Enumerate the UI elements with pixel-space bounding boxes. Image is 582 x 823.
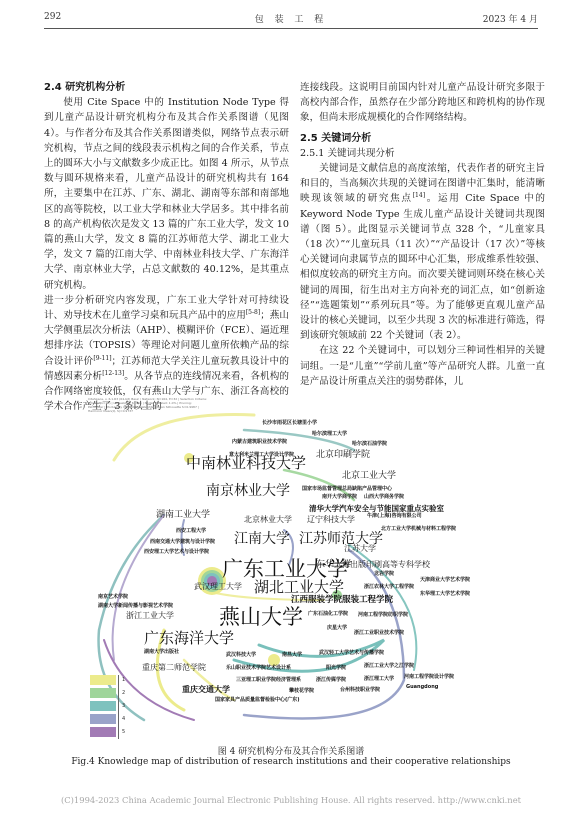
network-node[interactable]: 浙江工业职业技术学院 bbox=[354, 629, 404, 636]
network-node[interactable]: 南昌大学 bbox=[282, 651, 302, 658]
legend-label: 5 bbox=[122, 729, 125, 735]
network-node[interactable]: 浙江传媒学院 bbox=[316, 676, 346, 683]
legend-label: 3 bbox=[122, 703, 125, 709]
network-node[interactable]: 武汉理工大学 bbox=[194, 581, 242, 592]
network-node[interactable]: 北京工业大学 bbox=[342, 468, 396, 481]
network-node[interactable]: 武汉轻工大学艺术与传播学院 bbox=[319, 649, 384, 656]
figure-caption-en: Fig.4 Knowledge map of distribution of r… bbox=[0, 757, 582, 767]
figure-caption-cn: 图 4 研究机构分布及其合作关系图谱 bbox=[0, 744, 582, 757]
network-node[interactable]: 南京艺术学院 bbox=[98, 593, 128, 600]
citation[interactable]: [14] bbox=[413, 192, 425, 199]
network-node[interactable]: 辽宁科技大学 bbox=[307, 514, 355, 525]
network-node[interactable]: 北京林业大学 bbox=[244, 514, 292, 525]
network-node[interactable]: 哈尔滨理工大学 bbox=[312, 430, 347, 437]
network-node[interactable]: 南京林业大学 bbox=[206, 480, 290, 500]
header-rule bbox=[44, 28, 538, 29]
citespace-metadata: CiteSpace, v. 6.1.R3 (64-bit) Basic | Ne… bbox=[88, 397, 208, 413]
network-node[interactable]: 长沙市雨花区长塘里小学 bbox=[262, 419, 317, 426]
network-node[interactable]: 南开大学商学院 bbox=[322, 493, 357, 500]
network-node[interactable]: 西安理工大学艺术与设计学院 bbox=[144, 548, 209, 555]
paragraph: 关键词是文献信息的高度浓缩，代表作者的研究主旨和目的，当高频次共现的关键词在图谱… bbox=[300, 161, 545, 343]
network-node[interactable]: 广东石油化工学院 bbox=[308, 610, 348, 617]
network-node[interactable]: 台州科技职业学院 bbox=[340, 686, 380, 693]
section-heading-2-5: 2.5 关键词分析 bbox=[300, 131, 545, 146]
network-node[interactable]: 河南工程学院设计学院 bbox=[404, 673, 454, 680]
paragraph: 使用 Cite Space 中的 Institution Node Type 得… bbox=[44, 95, 289, 293]
network-node[interactable]: 江苏大学 bbox=[344, 543, 376, 554]
legend-swatch-5 bbox=[90, 727, 116, 737]
running-header: 292 包 装 工 程 2023 年 4 月 bbox=[44, 12, 538, 28]
section-heading-2-4: 2.4 研究机构分析 bbox=[44, 80, 289, 95]
network-node[interactable]: 湖南大学新闻传播与影视艺术学院 bbox=[98, 602, 173, 609]
network-node[interactable]: Guangdong bbox=[406, 684, 438, 690]
text-run: 。运用 Cite Space 中的 Keyword Node Type 生成儿童… bbox=[300, 193, 545, 341]
legend-swatch-2 bbox=[90, 688, 116, 698]
paragraph: 连接线段。这说明目前国内针对儿童产品设计研究多限于高校内部合作，虽然存在少部分跨… bbox=[300, 80, 545, 126]
institution-network-figure: CiteSpace, v. 6.1.R3 (64-bit) Basic | Ne… bbox=[84, 390, 544, 735]
subsection-heading-2-5-1: 2.5.1 关键词共现分析 bbox=[300, 146, 545, 161]
network-node[interactable]: 牛津(上海)咨询有限公司 bbox=[367, 512, 422, 519]
network-node[interactable]: 重庆第二师范学院 bbox=[142, 662, 206, 673]
network-node[interactable]: 西安工程大学 bbox=[176, 527, 206, 534]
network-node[interactable]: 内蒙古建筑职业技术学院 bbox=[232, 438, 287, 445]
network-node[interactable]: 浙江理工大学 bbox=[364, 675, 394, 682]
network-node[interactable]: 攀枝花学院 bbox=[289, 687, 314, 694]
network-node[interactable]: 哈尔滨石油学院 bbox=[352, 440, 387, 447]
network-node[interactable]: 天津商业大学艺术学院 bbox=[420, 576, 470, 583]
network-node[interactable]: 北京印刷学院 bbox=[316, 447, 370, 460]
network-node[interactable]: 乐山职业技术学院艺术设计系 bbox=[226, 664, 291, 671]
citation[interactable]: [9-11] bbox=[93, 354, 111, 361]
left-column: 2.4 研究机构分析 使用 Cite Space 中的 Institution … bbox=[44, 80, 289, 414]
network-node[interactable]: 三亚理工职业学院经济管理系 bbox=[236, 676, 301, 683]
network-node[interactable]: 重庆交通大学 bbox=[182, 684, 230, 695]
legend-swatch-3 bbox=[90, 701, 116, 711]
issue-date: 2023 年 4 月 bbox=[483, 12, 538, 25]
network-node[interactable]: 湖南工业大学 bbox=[156, 507, 210, 520]
network-node[interactable]: 国家家具产品质量监督检验中心(广东) bbox=[215, 696, 300, 703]
network-node[interactable]: 浙江工业大学 bbox=[126, 610, 174, 621]
legend-swatch-4 bbox=[90, 714, 116, 724]
legend-swatch-1 bbox=[90, 675, 116, 685]
network-node[interactable]: 浙江农林大学工程学院 bbox=[364, 583, 414, 590]
right-column: 连接线段。这说明目前国内针对儿童产品设计研究多限于高校内部合作，虽然存在少部分跨… bbox=[300, 80, 545, 389]
network-node[interactable]: 西南交通大学建筑与设计学院 bbox=[150, 538, 215, 545]
copyright-footer: (C)1994-2023 China Academic Journal Elec… bbox=[0, 795, 582, 805]
network-node[interactable]: 国家市场监督管理总局缺陷产品管理中心 bbox=[302, 485, 392, 492]
network-node[interactable]: 江南大学 bbox=[234, 528, 290, 548]
network-node[interactable]: 广东海洋大学 bbox=[144, 627, 234, 648]
journal-title: 包 装 工 程 bbox=[44, 12, 538, 25]
network-node[interactable]: 河南工程学院纺织学院 bbox=[358, 611, 408, 618]
network-node[interactable]: 江西服装学院服装工程学院 bbox=[291, 593, 393, 605]
citation[interactable]: [5-8] bbox=[246, 309, 260, 316]
paragraph: 在这 22 个关键词中，可以划分三种词性相异的关键词组。一是“儿童”“学前儿童”… bbox=[300, 343, 545, 389]
legend-axis bbox=[118, 675, 119, 739]
legend-label: 1 bbox=[122, 677, 125, 683]
network-node[interactable]: 浙江工业大学之江学院 bbox=[364, 662, 414, 669]
legend-label: 4 bbox=[122, 716, 125, 722]
citation[interactable]: [12-13] bbox=[102, 370, 124, 377]
network-node[interactable]: 龙岩学院 bbox=[374, 570, 394, 577]
network-node[interactable]: 上海出版印刷高等专科学校 bbox=[334, 559, 430, 570]
network-node[interactable]: 中南林业科技大学 bbox=[186, 452, 306, 473]
network-node[interactable]: 东华理工大学艺术学院 bbox=[420, 590, 470, 597]
network-node[interactable]: 阳光学院 bbox=[326, 664, 346, 671]
network-node[interactable]: 北方工业大学机械与材料工程学院 bbox=[381, 525, 456, 532]
network-node[interactable]: 庆星大学 bbox=[327, 624, 347, 631]
network-node[interactable]: 山西大学商务学院 bbox=[364, 493, 404, 500]
network-node[interactable]: 湖南大学出版社 bbox=[144, 648, 179, 655]
legend-label: 2 bbox=[122, 690, 125, 696]
network-node[interactable]: 武汉科技大学 bbox=[226, 651, 256, 658]
